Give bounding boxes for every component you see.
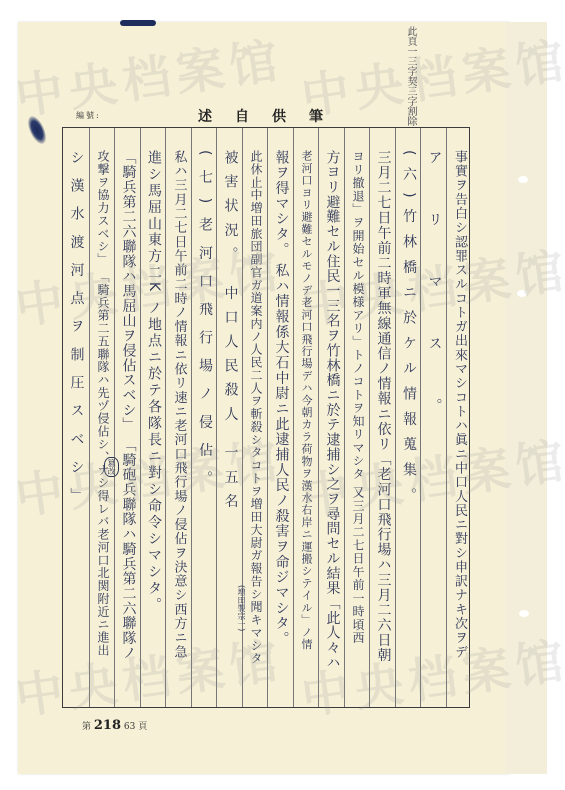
correction-stamp: 篡改 [104,457,119,477]
text-column: 方ヨリ避難セル住民一三名ヲ竹林橋ニ於テ逮捕シ之ヲ尋問セル結果「此人々ハ [318,128,344,707]
page-number: 第 218 63 頁 [82,718,147,733]
text-column: 三月二七日午前二時軍無線通信ノ情報ニ依リ「老河口飛行場ハ三月二六日朝 [369,128,395,707]
page-suffix: 頁 [138,722,147,732]
binding-hole [519,610,529,617]
text-column: 進シ馬屈山東方二K ノ地点ニ於テ各隊長ニ對シ命令シマシタ。 [140,128,166,707]
column-text: 事實ヲ告白シ認罪スルコトガ出來マシコトハ眞ニ中口人民ニ對シ申訳ナキ次ヲデ [447,150,473,659]
column-text: ヨリ撤退」ヲ開始セル模様アリ」トノコトヲ知リマシタ 又三月二七日午前一時頃西 [345,150,371,645]
text-column: 老河口ヨリ避難セルモノデ老河口飛行場デハ今朝カラ荷物ヲ漢水右岸ニ運搬シテイル」ノ… [293,128,319,707]
form-title: 述自供筆 [198,106,346,126]
column-text: 「騎兵第二六聯隊ハ馬屈山ヲ侵佔スベシ」 「騎砲兵聯隊ハ騎兵第二六聯隊ノ [115,150,141,660]
column-text: 方ヨリ避難セル住民一三名ヲ竹林橋ニ於テ逮捕シ之ヲ尋問セル結果「此人々ハ [319,150,345,670]
column-text: シ漢水渡河点ヲ制圧スベシ」 [63,150,89,516]
column-text: 私ハ三月二七日午前二時ノ情報ニ依リ速ニ老河口飛行場ノ侵佔ヲ決意シ西方ニ急 [166,150,192,659]
ink-mark [120,20,156,26]
page-edge [505,22,547,774]
binding-hole [517,290,527,297]
column-text: 攻撃ヲ協力スベシ」 「騎兵第二五聯隊ハ先ヅ侵佔シ、ナシ得レバ老河口北関附近ニ進出 [90,150,116,657]
text-column: 私ハ三月二七日午前二時ノ情報ニ依リ速ニ老河口飛行場ノ侵佔ヲ決意シ西方ニ急 [165,128,191,707]
text-column: 事實ヲ告白シ認罪スルコトガ出來マシコトハ眞ニ中口人民ニ對シ申訳ナキ次ヲデ [446,128,472,707]
column-text: 進シ馬屈山東方二K ノ地点ニ於テ各隊長ニ對シ命令シマシタ。 [141,150,167,614]
page-prefix: 第 [82,722,91,732]
binding-hole [518,176,528,183]
text-column: 「騎兵第二六聯隊ハ馬屈山ヲ侵佔スベシ」 「騎砲兵聯隊ハ騎兵第二六聯隊ノ [114,128,140,707]
text-column: アリマス。 [420,128,446,707]
column-text: 三月二七日午前二時軍無線通信ノ情報ニ依リ「老河口飛行場ハ三月二六日朝 [370,150,396,663]
form-header: 編號: 述自供筆 [76,106,476,126]
column-text: (七)老河口飛行場ノ侵佔。 [192,150,218,499]
column-text: 被害状況。 中口人民殺人 一五名 [217,150,243,518]
text-column: 攻撃ヲ協力スベシ」 「騎兵第二五聯隊ハ先ヅ侵佔シ、ナシ得レバ老河口北関附近ニ進出 [89,128,115,707]
column-text: (六)竹林橋ニ於ケル情報蒐集。 [396,150,422,513]
text-column: 報ヲ得マシタ。 私ハ情報係大石中尉ニ此逮捕人民ノ殺害ヲ命ジマシタ。 [267,128,293,707]
text-column: ヨリ撤退」ヲ開始セル模様アリ」トノコトヲ知リマシタ 又三月二七日午前一時頃西 [344,128,370,707]
ruled-grid: 事實ヲ告白シ認罪スルコトガ出來マシコトハ眞ニ中口人民ニ對シ申訳ナキ次ヲデアリマス… [62,127,470,708]
serial-label: 編號: [76,110,101,121]
column-text: 老河口ヨリ避難セルモノデ老河口飛行場デハ今朝カラ荷物ヲ漢水右岸ニ運搬シテイル」ノ… [294,150,320,651]
bracket-note: (増田製宗一) [236,585,247,631]
column-text: 報ヲ得マシタ。 私ハ情報係大石中尉ニ此逮捕人民ノ殺害ヲ命ジマシタ。 [268,150,294,646]
column-text: アリマス。 [421,150,447,460]
text-column: (六)竹林橋ニ於ケル情報蒐集。 [395,128,421,707]
page-stamped: 218 [94,718,121,733]
text-column: (七)老河口飛行場ノ侵佔。 [191,128,217,707]
page-handwritten: 63 [124,722,135,732]
text-column: シ漢水渡河点ヲ制圧スベシ」 [63,128,89,707]
